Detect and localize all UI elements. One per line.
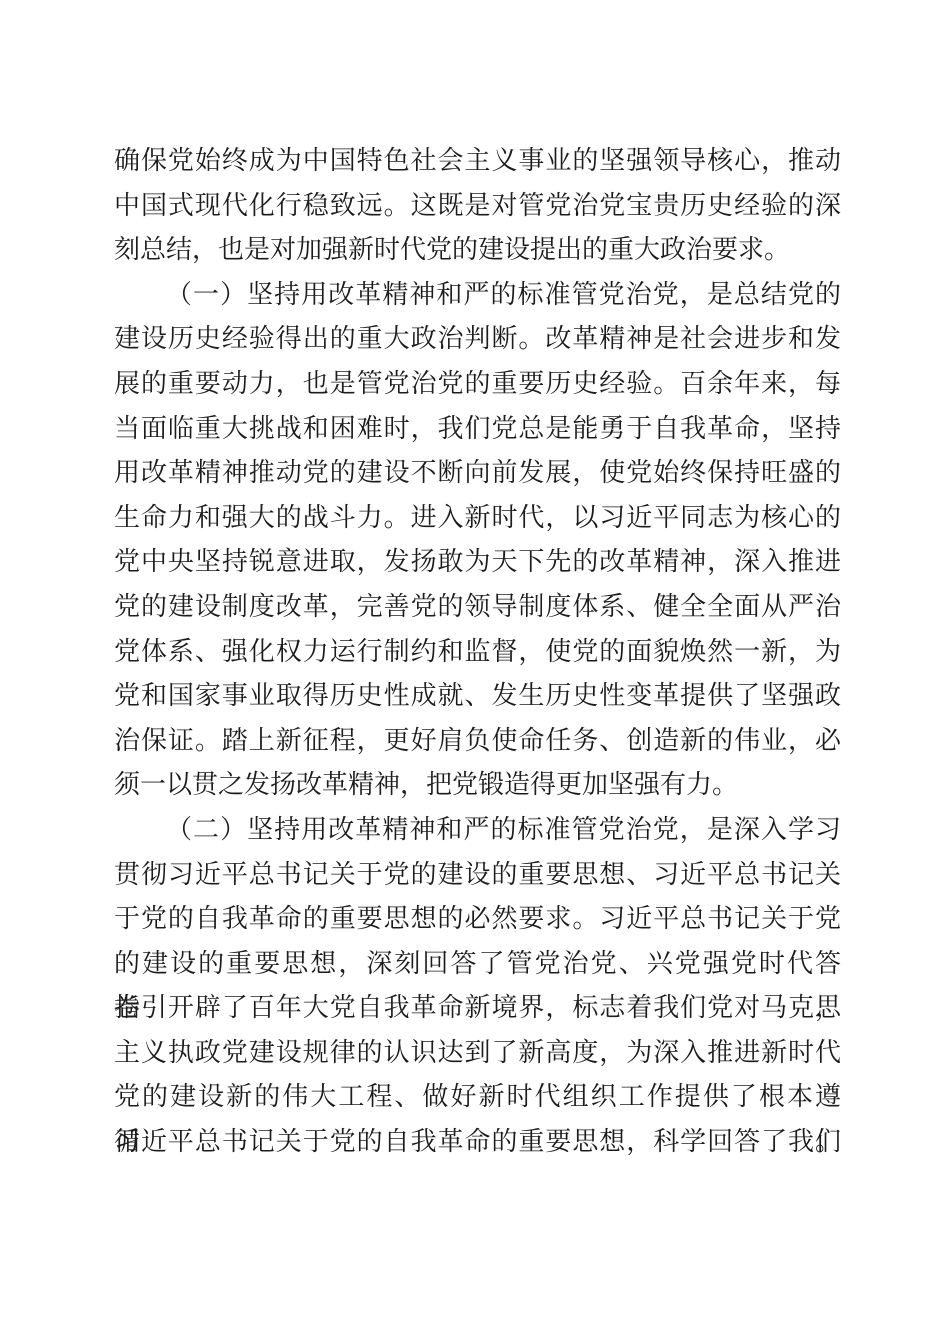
text-line: 贯彻习近平总书记关于党的建设的重要思想、习近平总书记关 xyxy=(114,853,841,898)
document-page: 确保党始终成为中国特色社会主义事业的坚强领导核心，推动中国式现代化行稳致远。这既… xyxy=(0,0,950,1344)
text-line: 党的建设制度改革，完善党的领导制度体系、健全全面从严治 xyxy=(114,585,841,630)
text-line: 建设历史经验得出的重大政治判断。改革精神是社会进步和发 xyxy=(114,317,841,362)
text-line: 指引开辟了百年大党自我革命新境界，标志着我们党对马克思 xyxy=(114,986,841,1031)
document-text-block: 确保党始终成为中国特色社会主义事业的坚强领导核心，推动中国式现代化行稳致远。这既… xyxy=(114,139,841,1165)
text-line: （二）坚持用改革精神和严的标准管党治党，是深入学习 xyxy=(114,808,841,853)
text-line: 须一以贯之发扬改革精神，把党锻造得更加坚强有力。 xyxy=(114,763,841,808)
text-line: （一）坚持用改革精神和严的标准管党治党，是总结党的 xyxy=(114,273,841,318)
text-line: 用改革精神推动党的建设不断向前发展，使党始终保持旺盛的 xyxy=(114,451,841,496)
text-line: 刻总结，也是对加强新时代党的建设提出的重大政治要求。 xyxy=(114,228,841,273)
text-line: 确保党始终成为中国特色社会主义事业的坚强领导核心，推动 xyxy=(114,139,841,184)
text-line: 治保证。踏上新征程，更好肩负使命任务、创造新的伟业，必 xyxy=(114,719,841,764)
text-line: 的建设的重要思想，深刻回答了管党治党、兴党强党时代答卷， xyxy=(114,942,841,987)
text-line: 主义执政党建设规律的认识达到了新高度，为深入推进新时代 xyxy=(114,1031,841,1076)
text-line: 党体系、强化权力运行制约和监督，使党的面貌焕然一新，为 xyxy=(114,630,841,675)
text-line: 党中央坚持锐意进取，发扬敢为天下先的改革精神，深入推进 xyxy=(114,540,841,585)
text-line: 展的重要动力，也是管党治党的重要历史经验。百余年来，每 xyxy=(114,362,841,407)
text-line: 中国式现代化行稳致远。这既是对管党治党宝贵历史经验的深 xyxy=(114,184,841,229)
text-line: 生命力和强大的战斗力。进入新时代，以习近平同志为核心的 xyxy=(114,496,841,541)
text-line: 党的建设新的伟大工程、做好新时代组织工作提供了根本遵循。 xyxy=(114,1075,841,1120)
text-line: 于党的自我革命的重要思想的必然要求。习近平总书记关于党 xyxy=(114,897,841,942)
text-line: 当面临重大挑战和困难时，我们党总是能勇于自我革命，坚持 xyxy=(114,407,841,452)
text-line: 习近平总书记关于党的自我革命的重要思想，科学回答了我们 xyxy=(114,1120,841,1165)
text-line: 党和国家事业取得历史性成就、发生历史性变革提供了坚强政 xyxy=(114,674,841,719)
